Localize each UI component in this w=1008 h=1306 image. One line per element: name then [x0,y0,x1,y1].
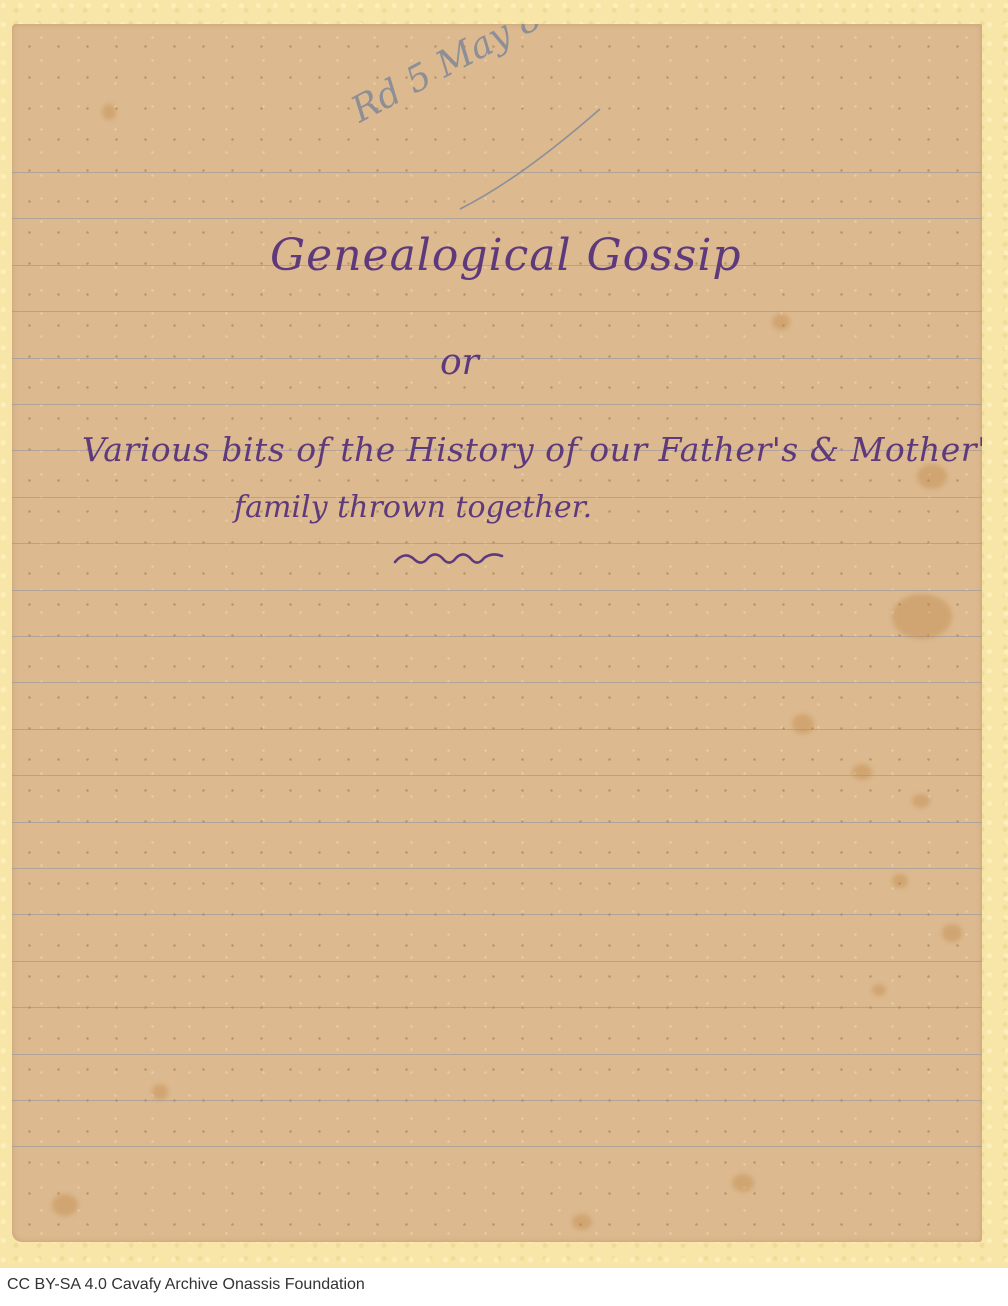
stain [152,1084,168,1100]
ruled-line [12,775,982,776]
ruled-line [12,961,982,962]
ruled-line [12,1054,982,1055]
ruled-line [12,914,982,915]
stain [912,794,930,808]
ruled-line [12,636,982,637]
ruled-line [12,404,982,405]
stain [772,314,790,330]
stain [942,924,962,942]
ruled-line [12,868,982,869]
stain [872,984,886,996]
ruled-line [12,822,982,823]
stain [572,1214,592,1230]
ruled-line [12,218,982,219]
manuscript-subtitle-line-1: Various bits of the History of our Fathe… [82,430,982,469]
manuscript-subtitle-line-2: family thrown together. [234,490,592,525]
stain [52,1194,78,1216]
stain [732,1174,754,1192]
wavy-flourish-icon [390,546,510,570]
ruled-line [12,590,982,591]
stain [892,874,908,888]
manuscript-page: Rd 5 May 83 Genealogical Gossip or Vario… [12,24,982,1242]
stain [892,594,952,639]
ruled-line [12,1146,982,1147]
license-credit: CC BY-SA 4.0 Cavafy Archive Onassis Foun… [7,1276,365,1294]
pencil-underline-stroke [450,104,610,214]
scan-background: Rd 5 May 83 Genealogical Gossip or Vario… [0,0,1008,1268]
stain [792,714,814,734]
manuscript-title: Genealogical Gossip [270,230,742,281]
stain [102,104,116,120]
ruled-line [12,543,982,544]
ruled-line [12,1100,982,1101]
manuscript-connector: or [440,342,479,383]
stain [852,764,872,780]
ruled-line [12,311,982,312]
ruled-line [12,358,982,359]
ruled-line [12,1007,982,1008]
ruled-line [12,682,982,683]
ruled-line [12,729,982,730]
